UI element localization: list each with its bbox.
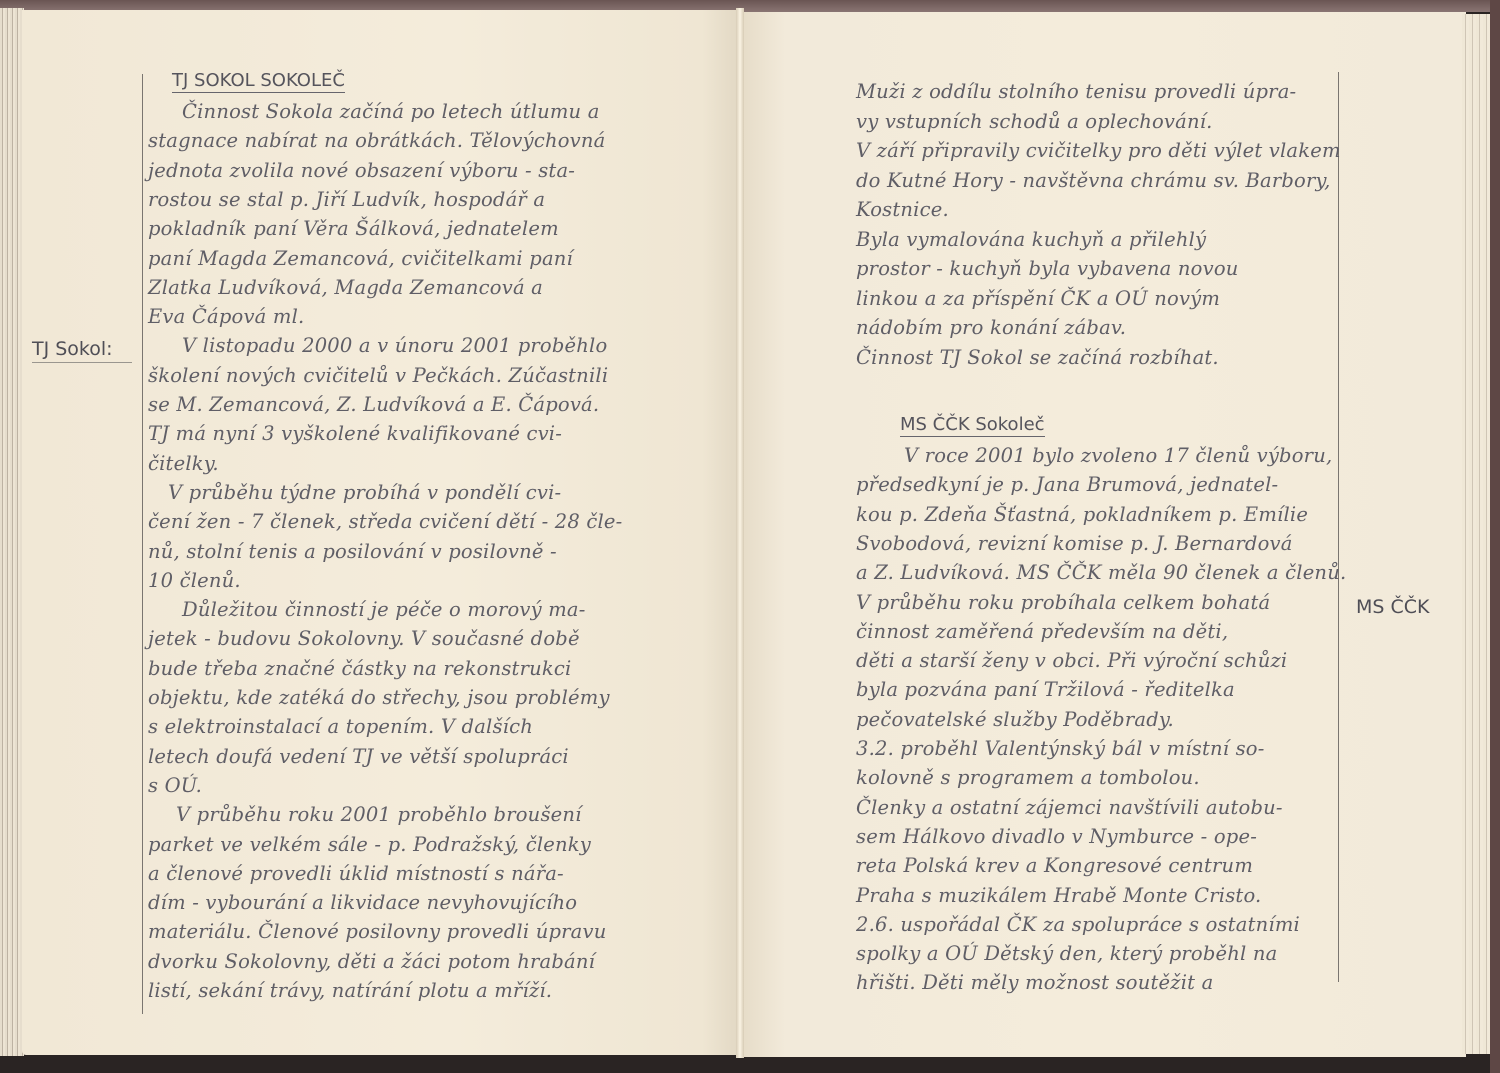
handwritten-line: Muži z oddílu stolního tenisu provedli ú…: [856, 80, 1296, 103]
handwritten-line: prostor - kuchyň byla vybavena novou: [856, 257, 1239, 280]
handwritten-line: V září připravily cvičitelky pro děti vý…: [856, 139, 1341, 162]
right-margin-note: MS ČČK: [1356, 596, 1430, 618]
handwritten-line: s OÚ.: [148, 774, 202, 797]
handwritten-line: Kostnice.: [856, 198, 949, 221]
left-page-heading: TJ SOKOL SOKOLEČ: [172, 70, 345, 93]
page-stack-right: [1462, 14, 1490, 1054]
handwritten-line: s elektroinstalací a topením. V dalších: [148, 715, 533, 738]
handwritten-line: V průběhu roku probíhala celkem bohatá: [856, 591, 1270, 614]
handwritten-line: vy vstupních schodů a oplechování.: [856, 110, 1213, 133]
handwritten-line: Činnost Sokola začíná po letech útlumu a: [182, 100, 600, 123]
handwritten-line: paní Magda Zemancová, cvičitelkami paní: [148, 247, 573, 270]
handwritten-line: nů, stolní tenis a posilování v posilovn…: [148, 540, 557, 563]
handwritten-line: 10 členů.: [148, 569, 241, 592]
handwritten-line: pečovatelské služby Poděbrady.: [856, 708, 1174, 731]
handwritten-line: Důležitou činností je péče o morový ma-: [182, 598, 586, 621]
handwritten-line: Členky a ostatní zájemci navštívili auto…: [856, 796, 1283, 819]
handwritten-line: materiálu. Členové posilovny provedli úp…: [148, 920, 606, 943]
handwritten-line: parket ve velkém sále - p. Podražský, čl…: [148, 833, 591, 856]
handwritten-line: jetek - budovu Sokolovny. V současné dob…: [148, 627, 580, 650]
page-stack-left: [0, 8, 24, 1056]
handwritten-line: činnost zaměřená především na děti,: [856, 620, 1228, 643]
handwritten-line: čitelky.: [148, 452, 219, 475]
handwritten-line: TJ má nyní 3 vyškolené kvalifikované cvi…: [148, 422, 562, 445]
right-page-heading: MS ČČK Sokoleč: [900, 414, 1045, 437]
handwritten-line: Praha s muzikálem Hrabě Monte Cristo.: [856, 884, 1261, 907]
handwritten-line: V průběhu roku 2001 proběhlo broušení: [176, 803, 582, 826]
handwritten-line: bude třeba značné částky na rekonstrukci: [148, 657, 571, 680]
handwritten-line: do Kutné Hory - navštěvna chrámu sv. Bar…: [856, 169, 1331, 192]
handwritten-line: stagnace nabírat na obrátkách. Tělovýcho…: [148, 129, 605, 152]
handwritten-line: V listopadu 2000 a v únoru 2001 proběhlo: [182, 334, 607, 357]
handwritten-line: letech doufá vedení TJ ve větší spoluprá…: [148, 745, 569, 768]
handwritten-line: a Z. Ludvíková. MS ČČK měla 90 členek a …: [856, 561, 1346, 584]
handwritten-line: Byla vymalována kuchyň a přilehlý: [856, 228, 1206, 251]
left-margin-note: TJ Sokol:: [32, 338, 132, 363]
handwritten-line: čení žen - 7 členek, středa cvičení dětí…: [148, 510, 622, 533]
handwritten-line: Svobodová, revizní komise p. J. Bernardo…: [856, 532, 1293, 555]
handwritten-line: nádobím pro konání zábav.: [856, 316, 1126, 339]
handwritten-line: rostou se stal p. Jiří Ludvík, hospodář …: [148, 188, 545, 211]
handwritten-line: předsedkyní je p. Jana Brumová, jednatel…: [856, 473, 1278, 496]
handwritten-line: byla pozvána paní Tržilová - ředitelka: [856, 678, 1235, 701]
handwritten-line: dím - vybourání a likvidace nevyhovující…: [148, 891, 577, 914]
book-gutter: [736, 8, 744, 1058]
handwritten-line: hřišti. Děti měly možnost soutěžit a: [856, 971, 1213, 994]
handwritten-line: se M. Zemancová, Z. Ludvíková a E. Čápov…: [148, 393, 599, 416]
handwritten-line: V roce 2001 bylo zvoleno 17 členů výboru…: [904, 444, 1332, 467]
handwritten-line: dvorku Sokolovny, děti a žáci potom hrab…: [148, 950, 595, 973]
handwritten-line: spolky a OÚ Dětský den, který proběhl na: [856, 942, 1277, 965]
handwritten-line: a členové provedli úklid místností s nář…: [148, 862, 564, 885]
handwritten-line: Eva Čápová ml.: [148, 305, 304, 328]
handwritten-line: 3.2. proběhl Valentýnský bál v místní so…: [856, 737, 1265, 760]
left-margin-rule: [142, 74, 143, 1014]
handwritten-line: děti a starší ženy v obci. Při výroční s…: [856, 649, 1287, 672]
handwritten-line: kolovně s programem a tombolou.: [856, 766, 1200, 789]
right-margin-rule: [1338, 72, 1339, 982]
handwritten-line: linkou a za příspění ČK a OÚ novým: [856, 287, 1220, 310]
handwritten-line: jednota zvolila nové obsazení výboru - s…: [148, 159, 575, 182]
book-cover-right-edge: [1490, 0, 1500, 1073]
handwritten-line: V průběhu týdne probíhá v pondělí cvi-: [168, 481, 561, 504]
handwritten-line: sem Hálkovo divadlo v Nymburce - ope-: [856, 825, 1257, 848]
handwritten-line: objektu, kde zatéká do střechy, jsou pro…: [148, 686, 610, 709]
handwritten-line: pokladník paní Věra Šálková, jednatelem: [148, 217, 559, 240]
handwritten-line: 2.6. uspořádal ČK za spolupráce s ostatn…: [856, 913, 1300, 936]
handwritten-line: listí, sekání trávy, natírání plotu a mř…: [148, 979, 552, 1002]
handwritten-line: reta Polská krev a Kongresové centrum: [856, 854, 1253, 877]
handwritten-line: Činnost TJ Sokol se začíná rozbíhat.: [856, 346, 1219, 369]
handwritten-line: Zlatka Ludvíková, Magda Zemancová a: [148, 276, 543, 299]
handwritten-line: kou p. Zdeňa Šťastná, pokladníkem p. Emí…: [856, 503, 1308, 526]
handwritten-line: školení nových cvičitelů v Pečkách. Zúča…: [148, 364, 608, 387]
